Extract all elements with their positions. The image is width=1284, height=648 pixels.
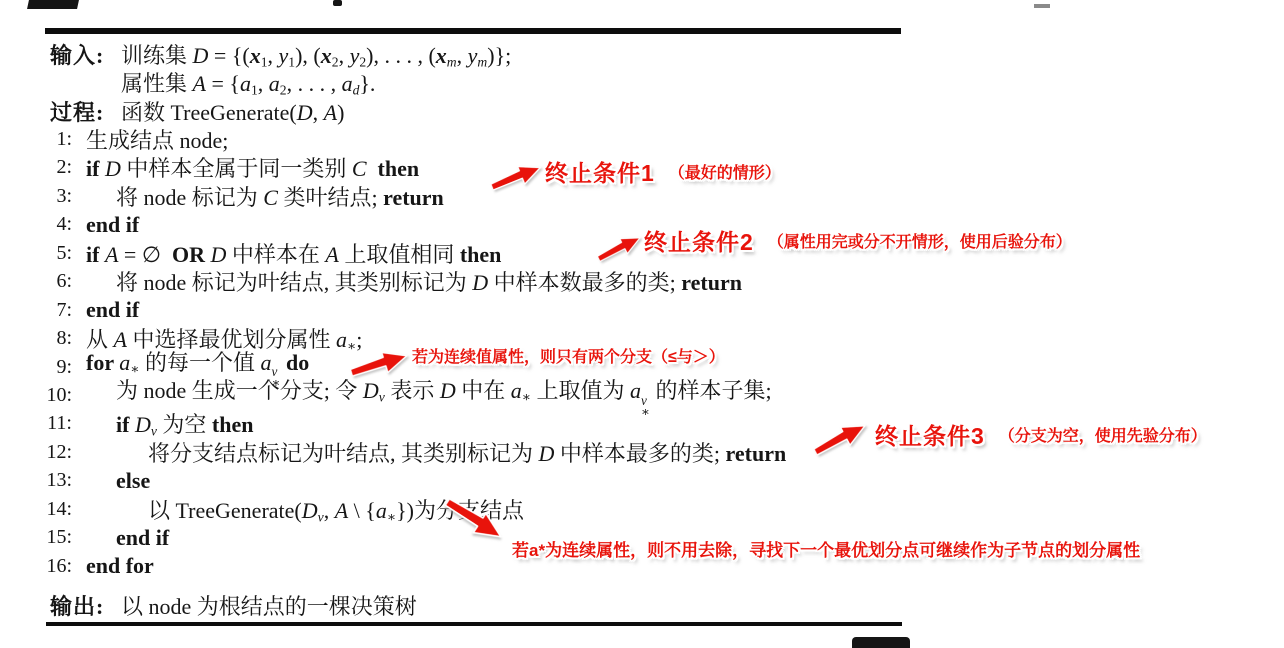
algorithm-line: 10:为 node 生成一个分支; 令 Dv 表示 D 中在 a∗ 上取值为 a… [22,381,1272,409]
text-run: 以 node 为根结点的一棵决策树 [121,594,417,619]
text-run: then [378,156,420,181]
text-run: D [193,43,209,68]
line-content: if A = ∅ OR D 中样本在 A 上取值相同 then [86,238,501,269]
line-content: 将 node 标记为叶结点, 其类别标记为 D 中样本数最多的类; return [86,266,742,297]
algorithm-line: 过程:函数 TreeGenerate(D, A) [22,97,1272,125]
line-content: 将 node 标记为 C 类叶结点; return [86,181,444,212]
text-run: ∗ [387,509,396,524]
line-content: end if [86,525,169,551]
line-number: 3: [22,185,72,208]
algorithm-line: 输入:训练集 D = {(x1, y1), (x2, y2), . . . , … [22,40,1272,68]
text-run: 属性集 [121,71,193,96]
algorithm-section-label: 输入: [50,39,112,70]
annotation-text: 若a*为连续属性，则不用去除，寻找下一个最优划分点可继续作为子节点的划分属性 [512,536,1140,561]
text-run: 生成结点 node; [86,128,228,153]
math-subsup: v∗ [641,395,650,417]
line-content: 函数 TreeGenerate(D, A) [121,96,344,127]
text-run: ), . . . , ( [366,43,436,68]
text-run: A [335,498,348,523]
text-run: D [105,156,121,181]
line-content: end if [86,297,139,323]
text-run: A [193,71,206,96]
algorithm-pseudocode: 输入:训练集 D = {(x1, y1), (x2, y2), . . . , … [22,40,1272,620]
text-run: OR [172,242,205,267]
text-run: 为空 [157,412,212,437]
text-run: = ∅ [118,242,172,267]
line-number: 12: [22,441,72,464]
text-run: 中样本在 [226,242,325,267]
top-rule [45,28,901,34]
annotation-title: 终止条件3 [875,418,985,451]
text-run: x [250,43,261,68]
line-number: 13: [22,469,72,492]
text-run: end if [116,525,169,550]
bottom-rule [46,622,902,626]
annotation-note: （属性用完或分不开情形，使用后验分布） [768,229,1072,252]
line-number: 14: [22,498,72,521]
text-run: )}; [487,43,511,68]
text-run: }. [359,71,375,96]
line-number: 4: [22,213,72,236]
line-number: 9: [22,356,72,379]
text-run: C [263,185,278,210]
line-content: else [86,468,150,494]
text-run: y [350,43,360,68]
text-run: D [472,270,488,295]
annotation-title: 终止条件1 [545,155,655,188]
text-run: ∗ [522,389,531,404]
algorithm-line: 7:end if [22,296,1272,324]
text-run: C [352,156,367,181]
annotation-stop-condition-3: 终止条件3 （分支为空，使用先验分布） [875,418,1207,450]
text-run: D [297,100,313,125]
text-run: else [116,468,150,493]
text-run: x [436,43,447,68]
text-run: 以 TreeGenerate( [148,498,302,523]
line-content: if D 中样本全属于同一类别 C then [86,152,419,183]
algorithm-line: 1:生成结点 node; [22,125,1272,153]
text-run: D [135,412,151,437]
line-content: end if [86,212,139,238]
text-run: D [539,441,555,466]
text-run: if [86,156,105,181]
algorithm-line: 13:else [22,467,1272,495]
text-run: 函数 TreeGenerate( [121,100,297,125]
text-run: ∗ [347,338,356,353]
line-number: 1: [22,128,72,151]
line-number: 16: [22,555,72,578]
text-run: D [302,498,318,523]
algorithm-line: 6:将 node 标记为叶结点, 其类别标记为 D 中样本数最多的类; retu… [22,268,1272,296]
algorithm-figure-page: 输入:训练集 D = {(x1, y1), (x2, y2), . . . , … [0,0,1284,648]
line-content: end for [86,553,154,579]
text-run: a [336,327,347,352]
text-run: 上取值相同 [339,242,460,267]
text-run: m [447,54,457,69]
text-run: 中样本数最多的类; [488,270,681,295]
annotation-note: （分支为空，使用先验分布） [999,423,1207,446]
text-run: end if [86,212,139,237]
text-run: 训练集 [121,43,193,68]
text-run: a [269,71,280,96]
line-number: 2: [22,156,72,179]
text-run: 中在 [456,378,511,403]
text-run: 上取值为 [531,378,630,403]
text-run: a [511,378,522,403]
algorithm-line: 属性集 A = {a1, a2, . . . , ad}. [22,68,1272,96]
algorithm-line: 输出:以 node 为根结点的一棵决策树 [22,591,1272,619]
text-run: 的样本子集; [650,378,772,403]
line-number: 15: [22,526,72,549]
text-run: ) [337,100,344,125]
line-content: 属性集 A = {a1, a2, . . . , ad}. [121,67,375,98]
text-run: a [240,71,251,96]
text-run: if [116,412,135,437]
annotation-stop-condition-2: 终止条件2 （属性用完或分不开情形，使用后验分布） [644,224,1072,256]
line-content: 训练集 D = {(x1, y1), (x2, y2), . . . , (xm… [121,39,511,70]
annotation-note: （最好的情形） [669,160,781,183]
text-run: = {( [208,43,249,68]
text-run: x [321,43,332,68]
algorithm-section-label: 输出: [50,590,112,621]
text-run: = { [206,71,240,96]
text-run: a [376,498,387,523]
text-run: , [258,71,269,96]
text-run: do [286,350,309,375]
line-content: 以 node 为根结点的一棵决策树 [121,590,417,621]
line-number: 7: [22,299,72,322]
line-number: 8: [22,327,72,350]
text-run [367,156,378,181]
line-number: 10: [22,384,72,407]
text-run: 将 node 标记为 [116,185,263,210]
text-run: a [260,350,271,375]
line-number: 5: [22,242,72,265]
text-run: a [630,378,641,403]
text-run: D [440,378,456,403]
text-run: A [325,242,338,267]
text-run: a [119,350,130,375]
annotation-text: 若为连续值属性，则只有两个分支（≤与＞） [412,344,725,367]
line-content: 将分支结点标记为叶结点, 其类别标记为 D 中样本最多的类; return [86,437,786,468]
text-run: 中样本全属于同一类别 [121,156,352,181]
text-run: end for [86,553,154,578]
text-run: m [477,54,487,69]
annotation-continuous-attribute-reuse: 若a*为连续属性，则不用去除，寻找下一个最优划分点可继续作为子节点的划分属性 [512,535,1140,561]
text-run: , [268,43,279,68]
annotation-title: 终止条件2 [644,224,754,257]
algorithm-section-label: 过程: [50,96,112,127]
text-run: D [363,378,379,403]
text-run: then [460,242,502,267]
text-run: for [86,350,119,375]
line-content: 生成结点 node; [86,124,228,155]
scan-artifact [27,0,79,9]
scan-artifact [852,637,910,648]
text-run: , [457,43,468,68]
text-run: , [324,498,335,523]
text-run: , . . . , [287,71,342,96]
text-run: , [339,43,350,68]
line-number: 6: [22,270,72,293]
text-run: , [313,100,324,125]
text-run: 将 node 标记为叶结点, 其类别标记为 [116,270,472,295]
text-run: y [279,43,289,68]
text-run: A [324,100,337,125]
text-run: return [383,185,444,210]
text-run: return [681,270,742,295]
text-run: ; [356,327,362,352]
text-run: a [342,71,353,96]
text-run: 为 node 生成一个分支; 令 [116,378,363,403]
annotation-stop-condition-1: 终止条件1 （最好的情形） [545,155,781,187]
text-run: return [726,441,787,466]
scan-artifact [1034,4,1050,8]
text-run: then [212,412,254,437]
text-run: if [86,242,105,267]
text-run: end if [86,297,139,322]
text-run: \ { [348,498,376,523]
text-run: ), ( [295,43,321,68]
line-number: 11: [22,412,72,435]
text-run: A [105,242,118,267]
line-content: if Dv 为空 then [86,408,253,439]
text-run: y [468,43,478,68]
algorithm-line: 14:以 TreeGenerate(Dv, A \ {a∗})为分支结点 [22,495,1272,523]
text-run: 的每一个值 [139,350,260,375]
text-run: 中样本最多的类; [554,441,725,466]
scan-artifact [333,0,342,6]
text-run: D [210,242,226,267]
text-run: 类叶结点; [278,185,383,210]
text-run: 表示 [385,378,440,403]
text-run: 将分支结点标记为叶结点, 其类别标记为 [148,441,539,466]
annotation-continuous-attribute-branches: 若为连续值属性，则只有两个分支（≤与＞） [412,343,725,367]
